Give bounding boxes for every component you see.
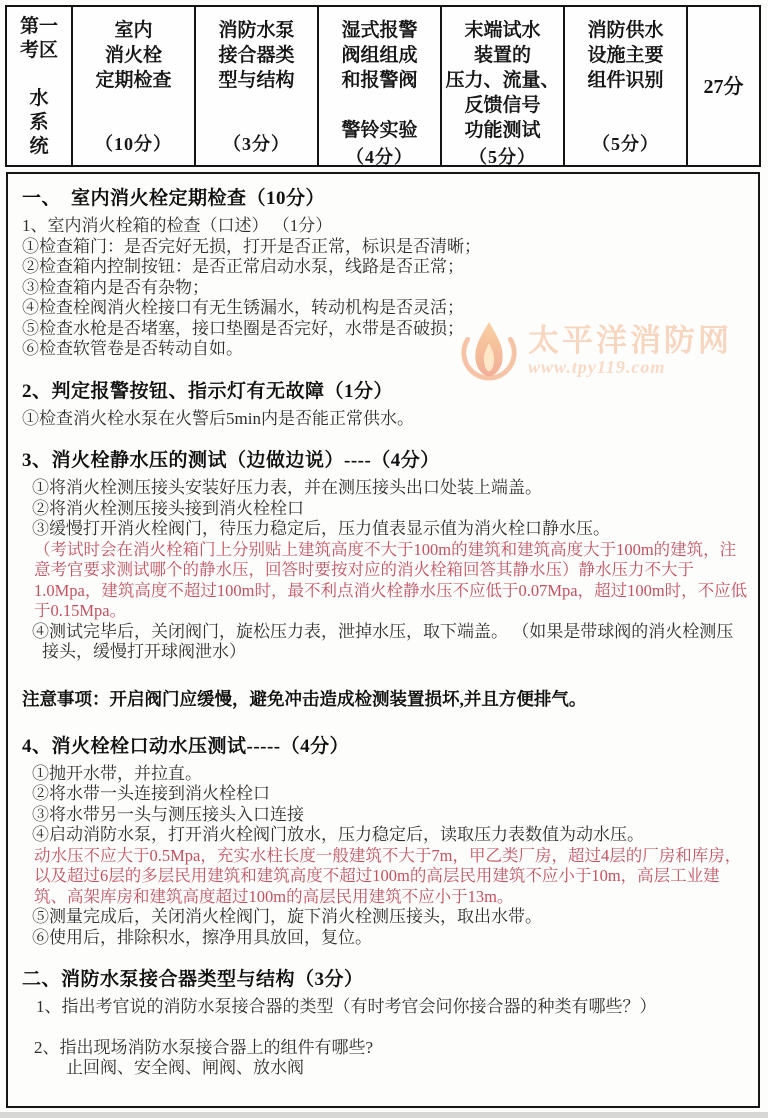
exam-area-cell: 第一 考区 水 系 统 <box>7 7 73 165</box>
column-title: 消防供水 设施主要 组件识别 <box>587 18 663 93</box>
section-4-heading: 4、消火栓栓口动水压测试-----（4分） <box>22 735 748 759</box>
red-annotation: 动水压不应大于0.5Mpa，充实水柱长度一般建筑不大于7m，甲乙类厂房，超过4层… <box>34 846 748 908</box>
header-cell-indoor-hydrant: 室内 消火栓 定期检查 （10分） <box>73 7 196 165</box>
red-annotation: （考试时会在消火栓箱门上分别贴上建筑高度不大于100m的建筑和建筑高度大于100… <box>34 540 748 622</box>
column-title: 消防水泵 接合器类 型与结构 <box>218 18 294 93</box>
section-1-heading: 一、 室内消火栓定期检查（10分） <box>22 187 748 211</box>
header-score-table: 第一 考区 水 系 统 室内 消火栓 定期检查 （10分） 消防水泵 接合器类 … <box>5 5 761 167</box>
step-item: ②将水带一头连接到消火栓栓口 <box>32 784 748 805</box>
section-3-heading: 3、消火栓静水压的测试（边做边说）----（4分） <box>22 449 748 473</box>
subsection-1-1: 1、室内消火栓箱的检查（口述） （1分） <box>22 216 748 237</box>
check-item: ④检查栓阀消火栓接口有无生锈漏水，转动机构是否灵活； <box>22 298 748 319</box>
step-item: ③缓慢打开消火栓阀门，待压力稳定后，压力值表显示值为消火栓口静水压。 <box>32 519 748 540</box>
column-title: 室内 消火栓 定期检查 <box>95 18 171 93</box>
part-2-heading: 二、消防水泵接合器类型与结构（3分） <box>22 968 748 992</box>
check-item: ⑥检查软管卷是否转动自如。 <box>22 339 748 360</box>
step-item: ⑤测量完成后，关闭消火栓阀门，旋下消火栓测压接头，取出水带。 <box>32 907 748 928</box>
check-item: ②检查箱内控制按钮：是否正常启动水泵，线路是否正常； <box>22 257 748 278</box>
header-cell-terminal-test: 末端试水 装置的 压力、流量、 反馈信号 功能测试 （5分） <box>442 7 565 165</box>
column-title: 湿式报警 阀组组成 和报警阀 警铃实验 <box>341 18 417 143</box>
step-item: ④测试完毕后，关闭阀门，旋松压力表，泄掉水压，取下端盖。 （如果是带球阀的消火栓… <box>32 622 748 663</box>
step-item: ①将消火栓测压接头安装好压力表，并在测压接头出口处装上端盖。 <box>32 478 748 499</box>
photo-bottom-edge <box>0 1112 768 1118</box>
caution-note: 注意事项：开启阀门应缓慢，避免冲击造成检测装置损坏,并且方便排气。 <box>22 688 748 710</box>
step-item: ②将消火栓测压接头接到消火栓栓口 <box>32 499 748 520</box>
check-item: ⑤检查水枪是否堵塞，接口垫圈是否完好，水带是否破损； <box>22 319 748 340</box>
step-item: ⑥使用后，排除积水，擦净用具放回，复位。 <box>32 928 748 949</box>
section-2-heading: 2、判定报警按钮、指示灯有无故障（1分） <box>22 380 748 404</box>
column-title: 末端试水 装置的 压力、流量、 反馈信号 功能测试 <box>445 18 559 143</box>
check-item: ①检查消火栓水泵在火警后5min内是否能正常供水。 <box>22 409 748 430</box>
exam-sheet-page: 第一 考区 水 系 统 室内 消火栓 定期检查 （10分） 消防水泵 接合器类 … <box>0 0 768 1118</box>
header-cell-wet-alarm-valve: 湿式报警 阀组组成 和报警阀 警铃实验 （4分） <box>319 7 442 165</box>
exam-area-label: 第一 考区 水 系 统 <box>20 15 58 159</box>
total-score-value: 27分 <box>704 75 744 100</box>
column-score: （5分） <box>592 130 659 156</box>
check-item: ①检查箱门：是否完好无损，打开是否正常，标识是否清晰； <box>22 237 748 258</box>
header-cell-water-supply: 消防供水 设施主要 组件识别 （5分） <box>565 7 688 165</box>
check-item: ③检查箱内是否有杂物； <box>22 278 748 299</box>
content-box: 一、 室内消火栓定期检查（10分） 1、室内消火栓箱的检查（口述） （1分） ①… <box>6 172 760 1108</box>
header-cell-pump-adapter: 消防水泵 接合器类 型与结构 （3分） <box>196 7 319 165</box>
question-item: 2、指出现场消防水泵接合器上的组件有哪些? <box>34 1038 748 1059</box>
step-item: ①抛开水带，并拉直。 <box>32 764 748 785</box>
step-item: ④启动消防水泵，打开消火栓阀门放水，压力稳定后，读取压力表数值为动水压。 <box>32 825 748 846</box>
question-item: 1、指出考官说的消防水泵接合器的类型（有时考官会问你接合器的种类有哪些？） <box>36 997 748 1018</box>
answer-line: 止回阀、安全阀、闸阀、放水阀 <box>66 1058 748 1079</box>
column-score: （10分） <box>95 130 172 156</box>
column-score: （3分） <box>223 130 290 156</box>
column-score: （4分） <box>346 143 413 169</box>
column-score: （5分） <box>469 143 536 169</box>
step-item: ③将水带另一头与测压接头入口连接 <box>32 805 748 826</box>
total-score-cell: 27分 <box>688 7 759 165</box>
